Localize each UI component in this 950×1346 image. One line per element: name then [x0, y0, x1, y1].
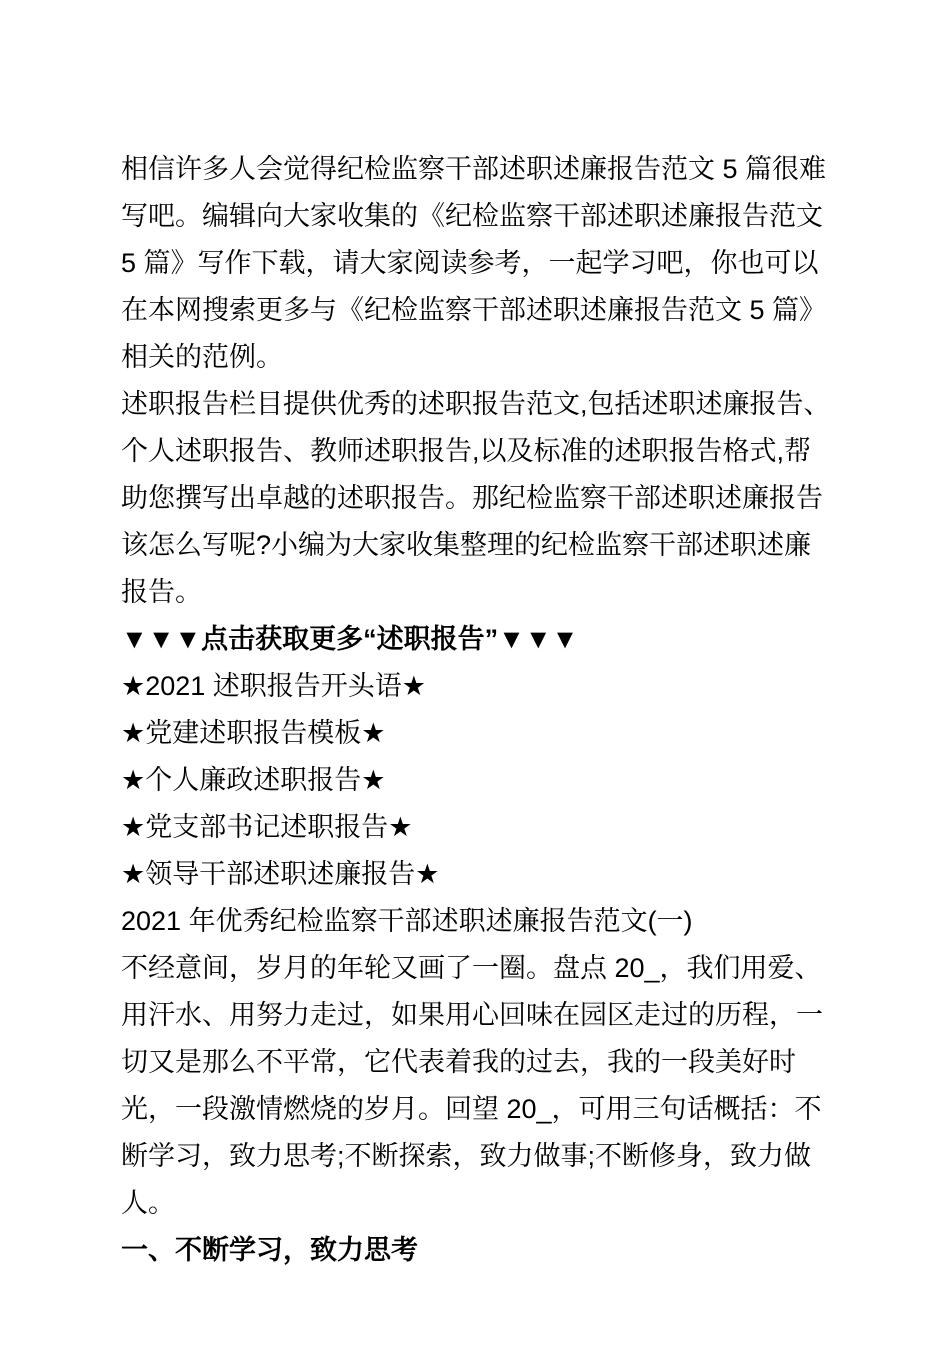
report-title: 2021 年优秀纪检监察干部述职述廉报告范文(一) — [121, 898, 833, 945]
link-party-building-report-template[interactable]: ★党建述职报告模板★ — [121, 710, 833, 757]
get-more-reports-banner[interactable]: ▼▼▼点击获取更多“述职报告”▼▼▼ — [121, 616, 833, 663]
column-description-paragraph: 述职报告栏目提供优秀的述职报告范文,包括述职述廉报告、个人述职报告、教师述职报告… — [121, 381, 833, 616]
report-opening-paragraph: 不经意间，岁月的年轮又画了一圈。盘点 20_，我们用爱、用汗水、用努力走过，如果… — [121, 945, 833, 1227]
link-personal-integrity-report[interactable]: ★个人廉政述职报告★ — [121, 757, 833, 804]
document-page: 相信许多人会觉得纪检监察干部述职述廉报告范文 5 篇很难写吧。编辑向大家收集的《… — [0, 0, 950, 1346]
link-leading-cadre-report[interactable]: ★领导干部述职述廉报告★ — [121, 851, 833, 898]
section-heading-1: 一、不断学习，致力思考 — [121, 1227, 833, 1274]
link-2021-report-opening[interactable]: ★2021 述职报告开头语★ — [121, 663, 833, 710]
intro-paragraph: 相信许多人会觉得纪检监察干部述职述廉报告范文 5 篇很难写吧。编辑向大家收集的《… — [121, 146, 833, 381]
link-party-branch-secretary-report[interactable]: ★党支部书记述职报告★ — [121, 804, 833, 851]
